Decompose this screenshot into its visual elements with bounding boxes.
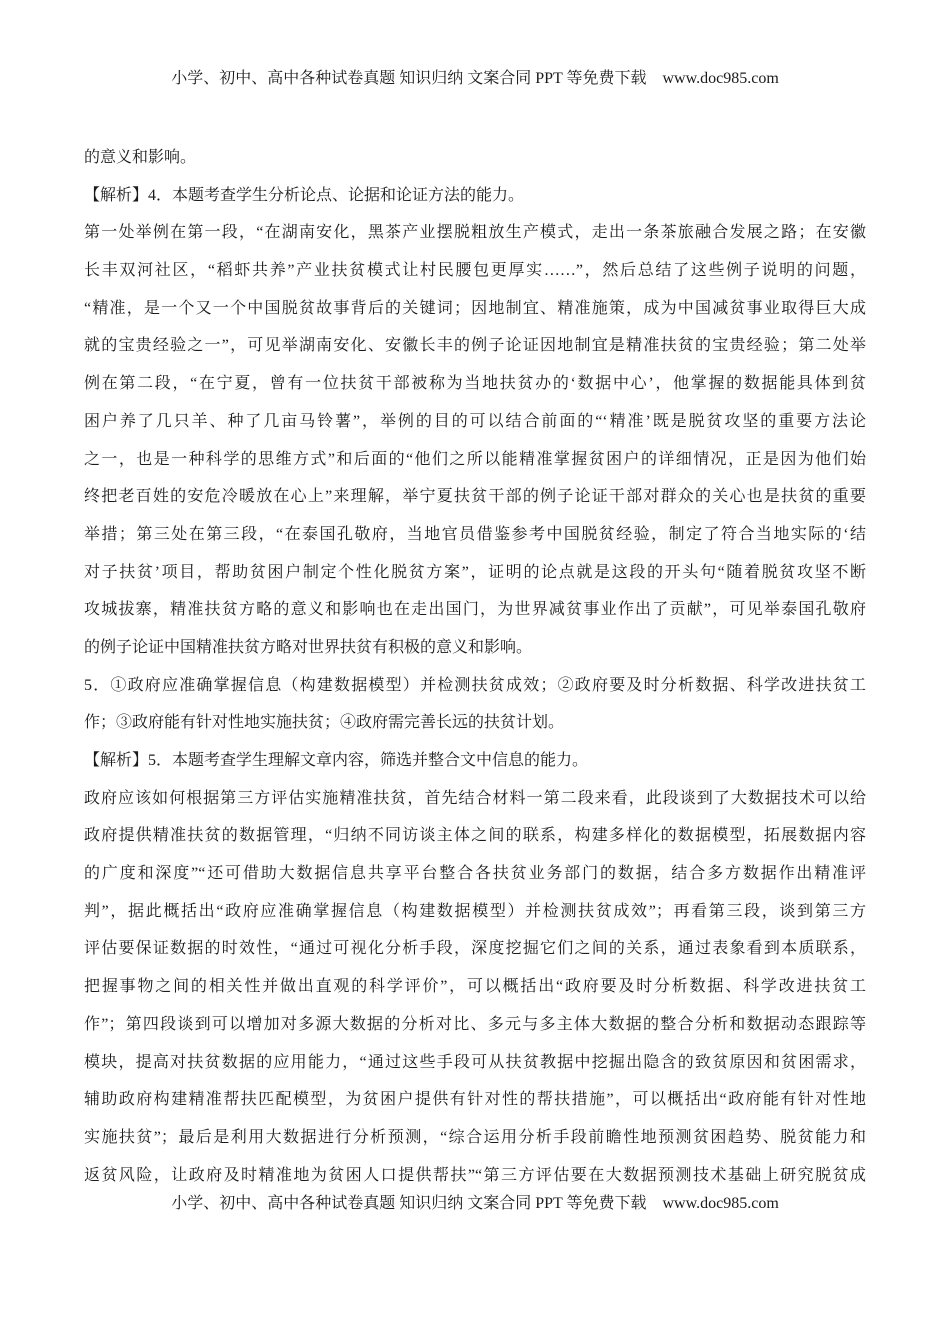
- text-line: 的例子论证中国精准扶贫方略对世界扶贫有积极的意义和影响。: [84, 629, 866, 667]
- text-line: 【解析】5．本题考查学生理解文章内容，筛选并整合文中信息的能力。: [84, 742, 866, 780]
- text-line: 对子扶贫’项目，帮助贫困户制定个性化脱贫方案”，证明的论点就是这段的开头句“随着…: [84, 554, 866, 592]
- text-line: 辅助政府构建精准帮扶匹配模型，为贫困户提供有针对性的帮扶措施”，可以概括出“政府…: [84, 1081, 866, 1119]
- text-line: 评估要保证数据的时效性，“通过可视化分析手段，深度挖掘它们之间的关系，通过表象看…: [84, 930, 866, 968]
- text-line: 攻城拔寨，精准扶贫方略的意义和影响也在走出国门，为世界减贫事业作出了贡献”，可见…: [84, 591, 866, 629]
- text-line: 第一处举例在第一段，“在湖南安化，黑茶产业摆脱粗放生产模式，走出一条茶旅融合发展…: [84, 214, 866, 252]
- text-line: “精准，是一个又一个中国脱贫故事背后的关键词；因地制宜、精准施策，成为中国减贫事…: [84, 290, 866, 328]
- document-body: 的意义和影响。【解析】4．本题考查学生分析论点、论据和论证方法的能力。第一处举例…: [84, 139, 866, 1194]
- text-line: 把握事物之间的相关性并做出直观的科学评价”，可以概括出“政府要及时分析数据、科学…: [84, 968, 866, 1006]
- text-line: 长丰双河社区，“稻虾共养”产业扶贫模式让村民腰包更厚实……”，然后总结了这些例子…: [84, 252, 866, 290]
- text-line: 之一，也是一种科学的思维方式”和后面的“他们之所以能精准掌握贫困户的详细情况，正…: [84, 441, 866, 479]
- text-line: 模块，提高对扶贫数据的应用能力，“通过这些手段可从扶贫教据中挖掘出隐含的致贫原因…: [84, 1044, 866, 1082]
- text-line: 例在第二段，“在宁夏，曾有一位扶贫干部被称为当地扶贫办的‘数据中心’，他掌握的数…: [84, 365, 866, 403]
- text-line: 举措；第三处在第三段，“在泰国孔敬府，当地官员借鉴参考中国脱贫经验，制定了符合当…: [84, 516, 866, 554]
- text-line: 的广度和深度”“还可借助大数据信息共享平台整合各扶贫业务部门的数据，结合多方数据…: [84, 855, 866, 893]
- text-line: 政府应该如何根据第三方评估实施精准扶贫，首先结合材料一第二段来看，此段谈到了大数…: [84, 780, 866, 818]
- text-line: 作；③政府能有针对性地实施扶贫；④政府需完善长远的扶贫计划。: [84, 704, 866, 742]
- document-page: { "page": { "header": "小学、初中、高中各种试卷真题 知识…: [0, 0, 950, 1344]
- text-line: 返贫风险，让政府及时精准地为贫困人口提供帮扶”“第三方评估要在大数据预测技术基础…: [84, 1157, 866, 1195]
- text-line: 终把老百姓的安危冷暖放在心上”来理解，举宁夏扶贫干部的例子论证干部对群众的关心也…: [84, 478, 866, 516]
- text-line: 就的宝贵经验之一”，可见举湖南安化、安徽长丰的例子论证因地制宜是精准扶贫的宝贵经…: [84, 327, 866, 365]
- text-line: 【解析】4．本题考查学生分析论点、论据和论证方法的能力。: [84, 177, 866, 215]
- page-footer-watermark: 小学、初中、高中各种试卷真题 知识归纳 文案合同 PPT 等免费下载 www.d…: [0, 1194, 950, 1214]
- text-line: 的意义和影响。: [84, 139, 866, 177]
- text-line: 判”，据此概括出“政府应准确掌握信息（构建数据模型）并检测扶贫成效”；再看第三段…: [84, 893, 866, 931]
- text-line: 5．①政府应准确掌握信息（构建数据模型）并检测扶贫成效；②政府要及时分析数据、科…: [84, 667, 866, 705]
- text-line: 实施扶贫”；最后是利用大数据进行分析预测，“综合运用分析手段前瞻性地预测贫困趋势…: [84, 1119, 866, 1157]
- text-line: 困户养了几只羊、种了几亩马铃薯”，举例的目的可以结合前面的“‘精准’既是脱贫攻坚…: [84, 403, 866, 441]
- text-line: 作”；第四段谈到可以增加对多源大数据的分析对比、多元与多主体大数据的整合分析和数…: [84, 1006, 866, 1044]
- page-header-watermark: 小学、初中、高中各种试卷真题 知识归纳 文案合同 PPT 等免费下载 www.d…: [0, 69, 950, 89]
- text-line: 政府提供精准扶贫的数据管理，“归纳不同访谈主体之间的联系，构建多样化的数据模型，…: [84, 817, 866, 855]
